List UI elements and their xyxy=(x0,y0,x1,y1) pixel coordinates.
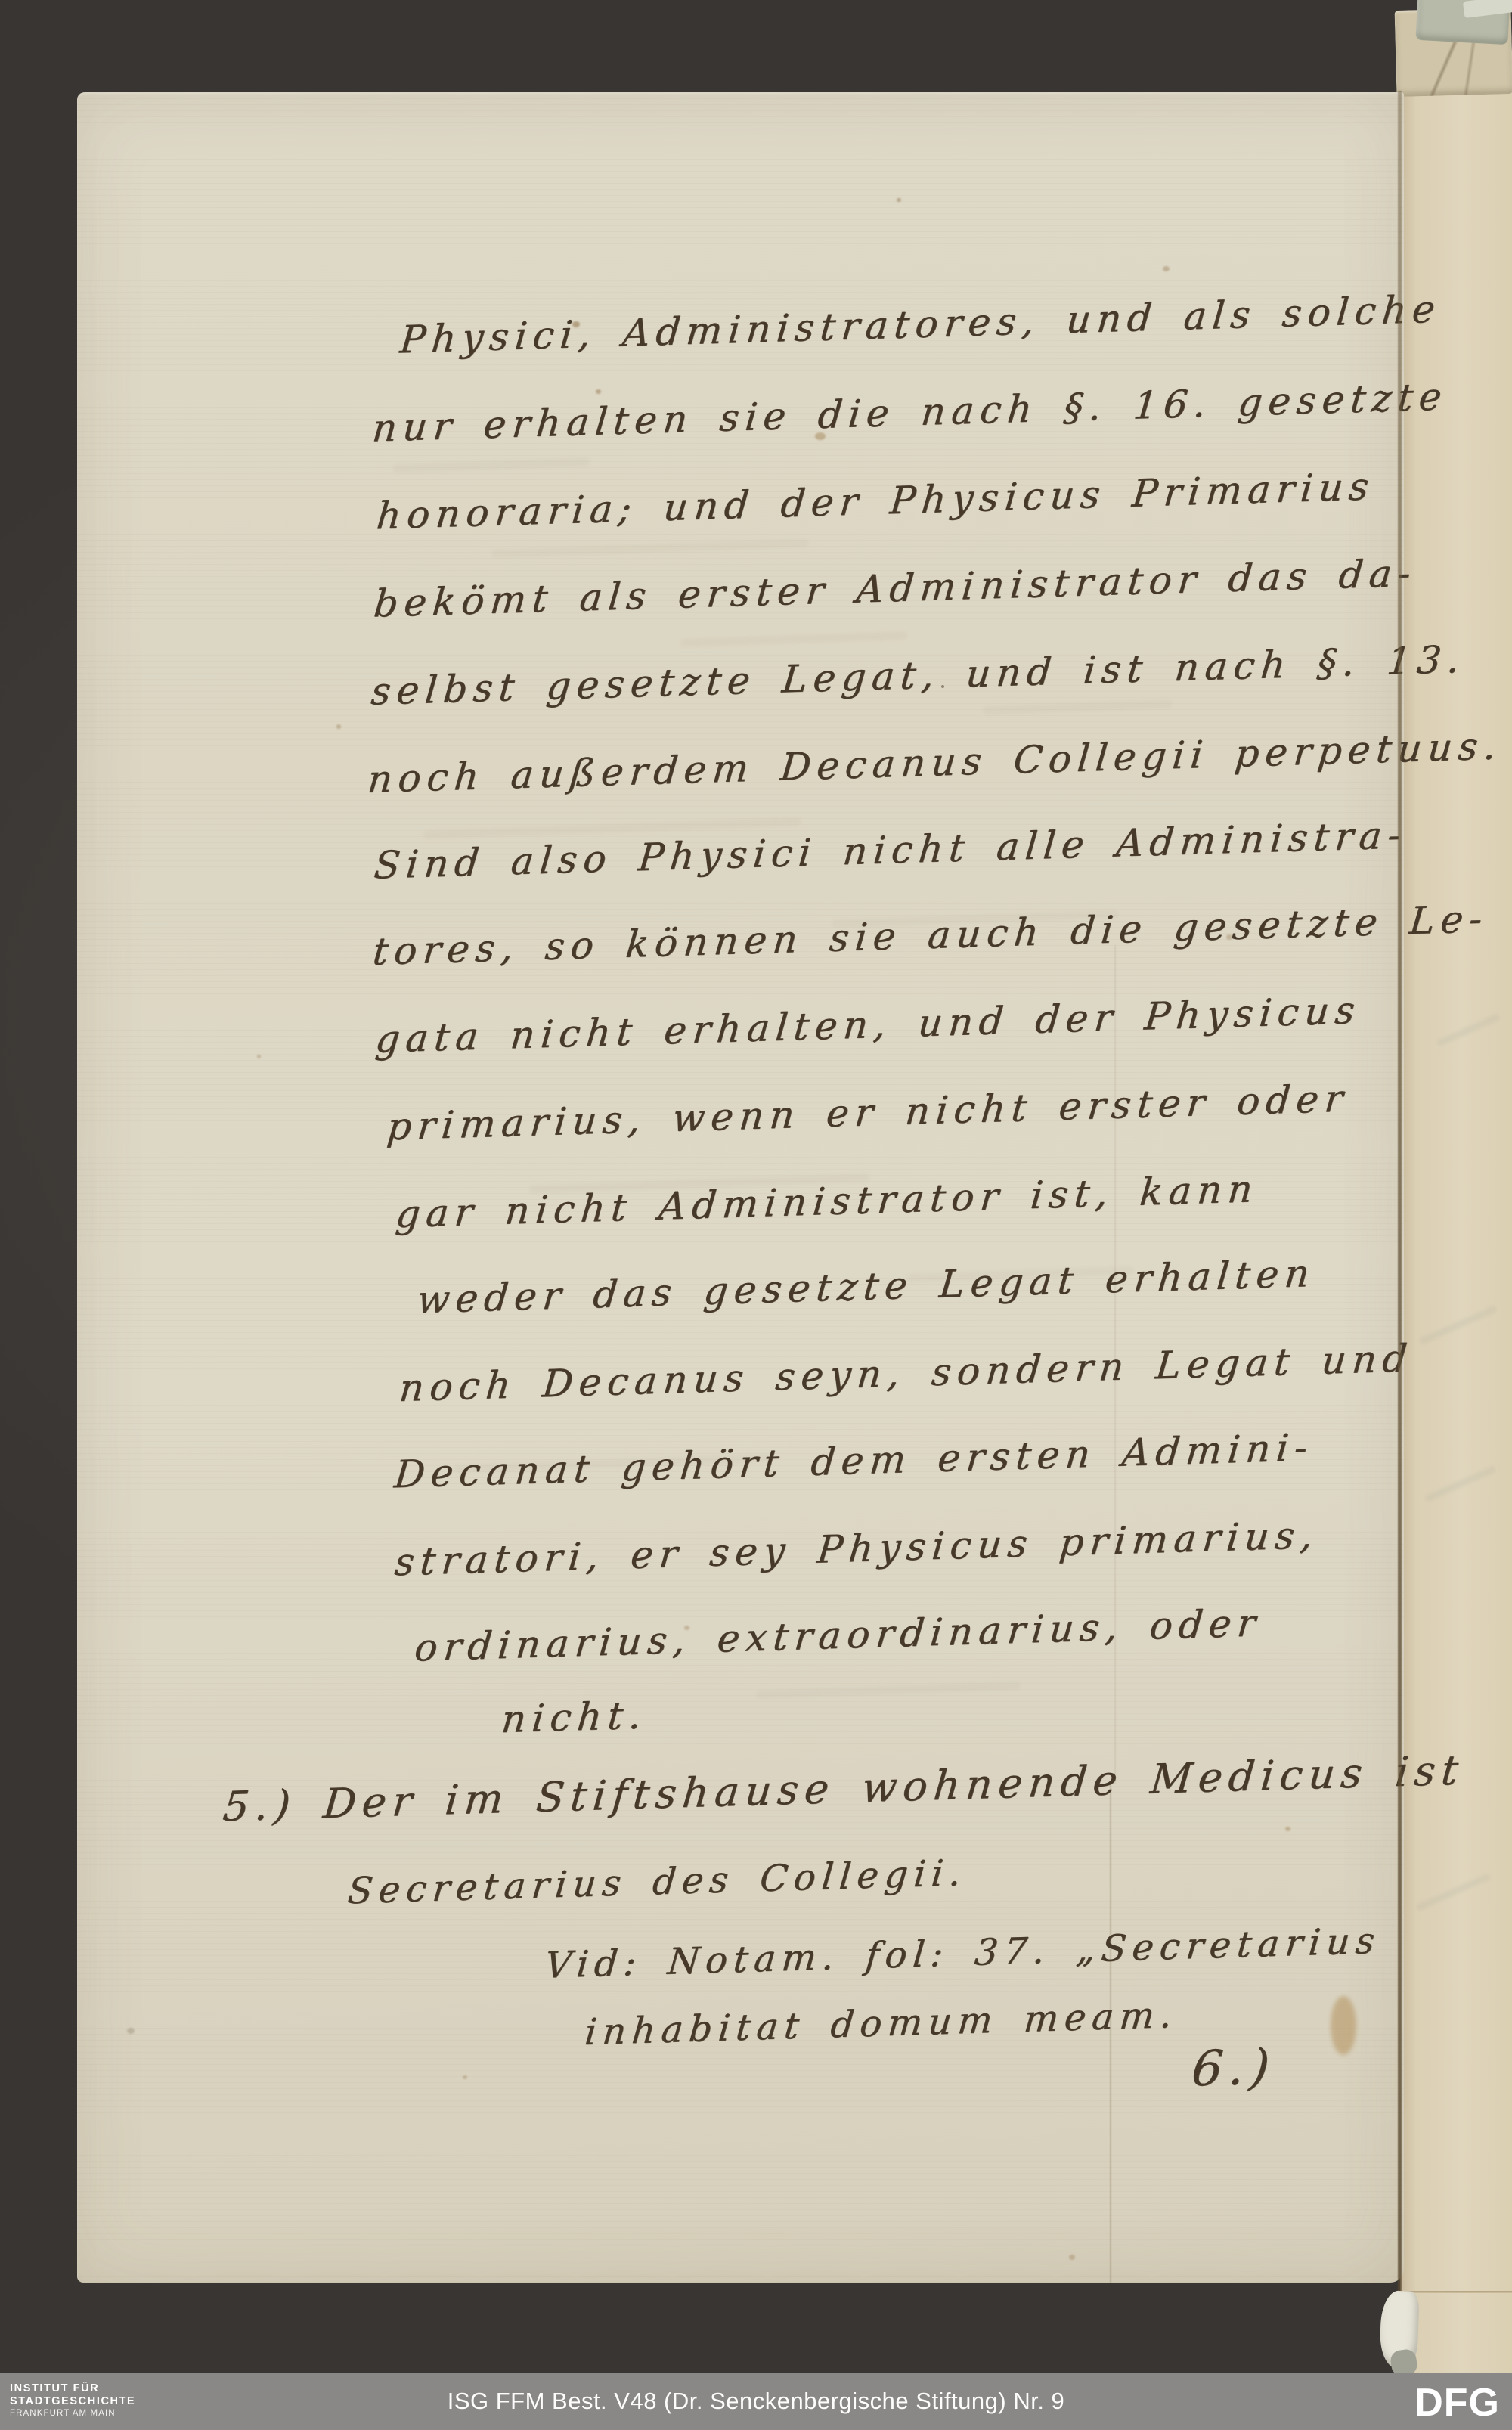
manuscript-page: Physici, Administratores, und als solche… xyxy=(77,92,1404,2283)
adjacent-page-bottom-edge xyxy=(1400,2291,1512,2293)
page-gutter-seam xyxy=(1398,91,1402,2292)
bleed-through-mark xyxy=(1436,1013,1501,1047)
manuscript-line: Secretarius des Collegii. xyxy=(346,1852,969,1912)
handwriting-block: Physici, Administratores, und als solche… xyxy=(44,64,1435,2292)
manuscript-line: gar nicht Administrator ist, kann xyxy=(394,1167,1260,1236)
manuscript-line: Vid: Notam. fol: 37. „Secretarius xyxy=(544,1920,1383,1987)
archive-reference-label: ISG FFM Best. V48 (Dr. Senckenbergische … xyxy=(0,2373,1512,2430)
manuscript-section-marker: 6.) xyxy=(1189,2039,1278,2098)
manuscript-line: 5.) Der im Stiftshause wohnende Medicus … xyxy=(221,1746,1466,1830)
bleed-through-mark xyxy=(1424,1465,1496,1502)
manuscript-line: noch außerdem Decanus Collegii perpetuus… xyxy=(366,724,1504,801)
manuscript-line: honoraria; und der Physicus Primarius xyxy=(375,464,1377,538)
bleed-through-mark xyxy=(1416,1873,1492,1911)
manuscript-line: Physici, Administratores, und als solche xyxy=(398,287,1443,361)
manuscript-line: nicht. xyxy=(500,1693,649,1741)
manuscript-line: stratori, er sey Physicus primarius, xyxy=(393,1513,1321,1584)
manuscript-line: gata nicht erhalten, und der Physicus xyxy=(373,988,1362,1062)
manuscript-line: tores, so können sie auch die gesetzte L… xyxy=(371,897,1490,974)
scanned-archive-image: { "manuscript": { "lines": [ "Physici, A… xyxy=(0,0,1512,2430)
dfg-logo: DFG xyxy=(1414,2380,1500,2425)
manuscript-line: Sind also Physici nicht alle Administra- xyxy=(372,813,1408,888)
manuscript-line: bekömt als erster Administrator das da- xyxy=(372,551,1418,626)
manuscript-line: weder das gesetzte Legat erhalten xyxy=(415,1251,1317,1322)
manuscript-line: noch Decanus seyn, sondern Legat und xyxy=(398,1336,1415,1410)
manuscript-line: ordinarius, extraordinarius, oder xyxy=(413,1601,1263,1669)
bleed-through-mark xyxy=(1419,1305,1498,1345)
manuscript-line: nur erhalten sie die nach §. 16. gesetzt… xyxy=(370,374,1449,450)
manuscript-line: selbst gesetzte Legat, und ist nach §. 1… xyxy=(370,637,1467,714)
viewer-footer-bar: INSTITUT FÜR STADTGESCHICHTE FRANKFURT A… xyxy=(0,2373,1512,2430)
manuscript-line: Decanat gehört dem ersten Admini- xyxy=(392,1425,1315,1496)
manuscript-line: primarius, wenn er nicht erster oder xyxy=(386,1077,1351,1149)
manuscript-line: inhabitat domum meam. xyxy=(583,1994,1179,2053)
